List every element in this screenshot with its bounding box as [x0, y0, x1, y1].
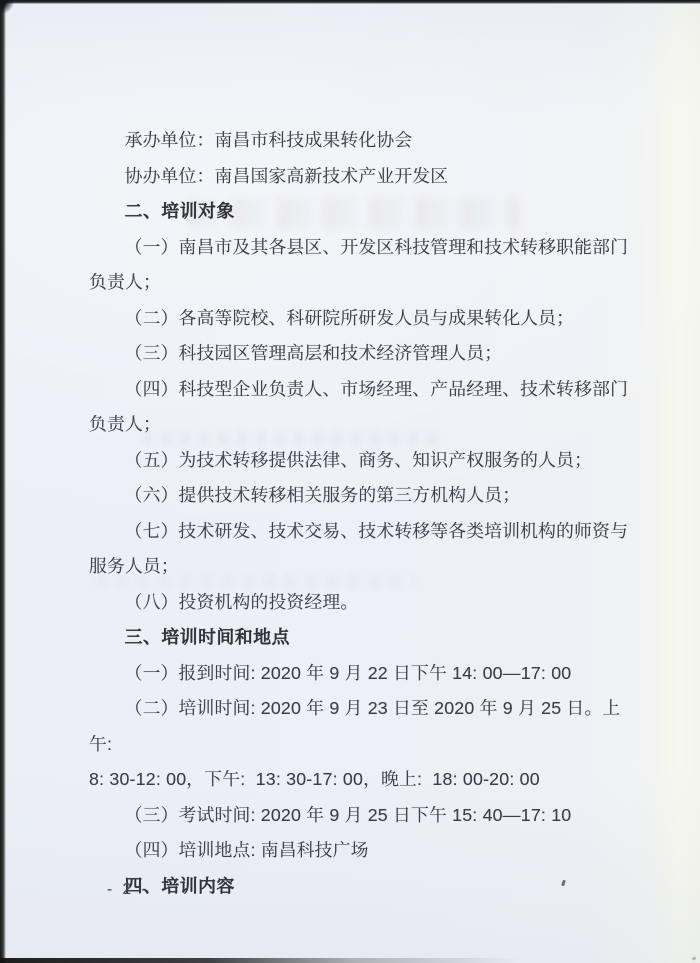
scan-corner-top-left	[0, 0, 14, 14]
scan-edge-bottom	[0, 958, 520, 963]
target-item-1: （一）南昌市及其各县区、开发区科技管理和技术转移职能部门 负责人；	[89, 230, 637, 301]
target-item-3: （三）科技园区管理高层和技术经济管理人员；	[89, 336, 637, 372]
scanned-document-page: 承办单位：南昌市科技成果转化协会 协办单位：南昌国家高新技术产业开发区 二、培训…	[0, 0, 700, 963]
heading-training-time-place: 三、培训时间和地点	[89, 620, 637, 656]
scan-speck	[692, 956, 697, 961]
heading-training-content: 四、培训内容	[89, 869, 637, 905]
target-item-4: （四）科技型企业负责人、市场经理、产品经理、技术转移部门 负责人；	[89, 372, 637, 443]
page-number: - 2 -	[107, 878, 150, 902]
time-item-exam: （三）考试时间: 2020 年 9 月 25 日下午 15: 40—17: 10	[89, 798, 637, 834]
place-item-location: （四）培训地点: 南昌科技广场	[89, 833, 637, 869]
target-item-8: （八）投资机构的投资经理。	[89, 585, 637, 621]
co-host-unit-line: 协办单位：南昌国家高新技术产业开发区	[89, 159, 637, 195]
target-item-5: （五）为技术转移提供法律、商务、知识产权服务的人员；	[89, 443, 637, 479]
time-item-training: （二）培训时间: 2020 年 9 月 23 日至 2020 年 9 月 25 …	[89, 691, 637, 798]
scan-edge-top	[0, 0, 700, 4]
target-item-7: （七）技术研发、技术交易、技术转移等各类培训机构的师资与 服务人员；	[89, 514, 637, 585]
scan-edge-left	[0, 0, 6, 963]
document-body: 承办单位：南昌市科技成果转化协会 协办单位：南昌国家高新技术产业开发区 二、培训…	[89, 123, 637, 904]
time-item-registration: （一）报到时间: 2020 年 9 月 22 日下午 14: 00—17: 00	[89, 656, 637, 692]
host-unit-line: 承办单位：南昌市科技成果转化协会	[89, 123, 637, 159]
target-item-6: （六）提供技术转移相关服务的第三方机构人员；	[89, 478, 637, 514]
target-item-2: （二）各高等院校、科研院所研发人员与成果转化人员；	[89, 301, 637, 337]
heading-training-targets: 二、培训对象	[89, 194, 637, 230]
